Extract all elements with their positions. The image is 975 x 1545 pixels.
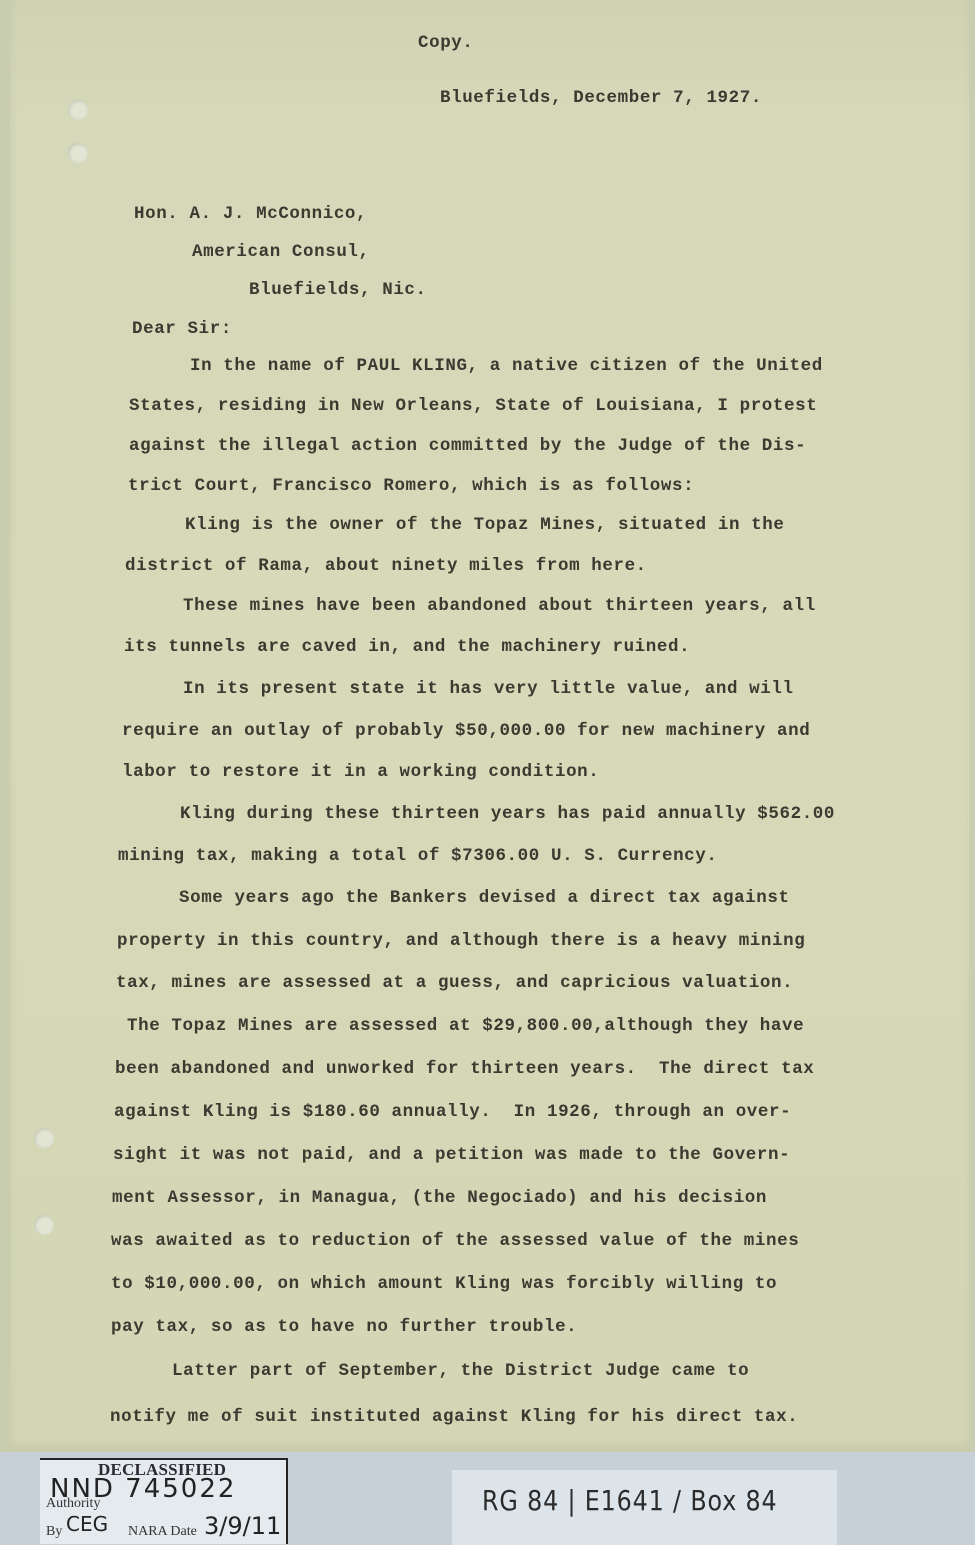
- body-line: Kling is the owner of the Topaz Mines, s…: [185, 515, 785, 535]
- body-line: was awaited as to reduction of the asses…: [111, 1231, 799, 1251]
- copy-mark: Copy.: [418, 33, 474, 53]
- body-line: Some years ago the Bankers devised a dir…: [179, 888, 790, 908]
- date-value: 3/9/11: [204, 1512, 281, 1540]
- punch-hole: [34, 1128, 54, 1148]
- address-line-1: Hon. A. J. McConnico,: [134, 204, 367, 224]
- record-group-text: RG 84 | E1641 / Box 84: [482, 1484, 778, 1517]
- body-line: been abandoned and unworked for thirteen…: [115, 1059, 814, 1079]
- body-line: sight it was not paid, and a petition wa…: [113, 1145, 790, 1165]
- body-line: Kling during these thirteen years has pa…: [180, 804, 835, 824]
- declassified-stamp: DECLASSIFIED Authority NND 745022 By CEG…: [40, 1458, 288, 1544]
- record-group-label: RG 84 | E1641 / Box 84: [452, 1470, 837, 1545]
- nara-date-label: NARA Date: [128, 1524, 197, 1540]
- dateline: Bluefields, December 7, 1927.: [440, 88, 762, 108]
- body-line: property in this country, and although t…: [117, 931, 805, 951]
- body-line: tax, mines are assessed at a guess, and …: [116, 973, 793, 993]
- by-label: By: [46, 1524, 62, 1540]
- body-line: ment Assessor, in Managua, (the Negociad…: [112, 1188, 767, 1208]
- body-line: These mines have been abandoned about th…: [183, 596, 816, 616]
- body-line: States, residing in New Orleans, State o…: [129, 396, 817, 416]
- body-line: require an outlay of probably $50,000.00…: [122, 721, 810, 741]
- body-line: trict Court, Francisco Romero, which is …: [128, 476, 694, 496]
- body-line: pay tax, so as to have no further troubl…: [111, 1317, 577, 1337]
- authority-value: NND 745022: [50, 1474, 236, 1504]
- body-line: Latter part of September, the District J…: [172, 1361, 749, 1381]
- punch-hole: [34, 1215, 54, 1235]
- punch-hole: [68, 100, 88, 120]
- body-line: district of Rama, about ninety miles fro…: [125, 556, 647, 576]
- body-line: to $10,000.00, on which amount Kling was…: [111, 1274, 777, 1294]
- body-line: its tunnels are caved in, and the machin…: [124, 637, 690, 657]
- body-line: against the illegal action committed by …: [129, 436, 806, 456]
- body-line: mining tax, making a total of $7306.00 U…: [118, 846, 718, 866]
- punch-hole: [68, 143, 88, 163]
- by-value: CEG: [66, 1512, 108, 1536]
- body-line: labor to restore it in a working conditi…: [122, 762, 599, 782]
- body-line: The Topaz Mines are assessed at $29,800.…: [127, 1016, 804, 1036]
- address-line-2: American Consul,: [192, 242, 370, 262]
- body-line: In the name of PAUL KLING, a native citi…: [190, 356, 823, 376]
- body-line: against Kling is $180.60 annually. In 19…: [114, 1102, 791, 1122]
- body-line: notify me of suit instituted against Kli…: [110, 1407, 798, 1427]
- salutation: Dear Sir:: [132, 319, 232, 339]
- body-line: In its present state it has very little …: [183, 679, 794, 699]
- address-line-3: Bluefields, Nic.: [249, 280, 427, 300]
